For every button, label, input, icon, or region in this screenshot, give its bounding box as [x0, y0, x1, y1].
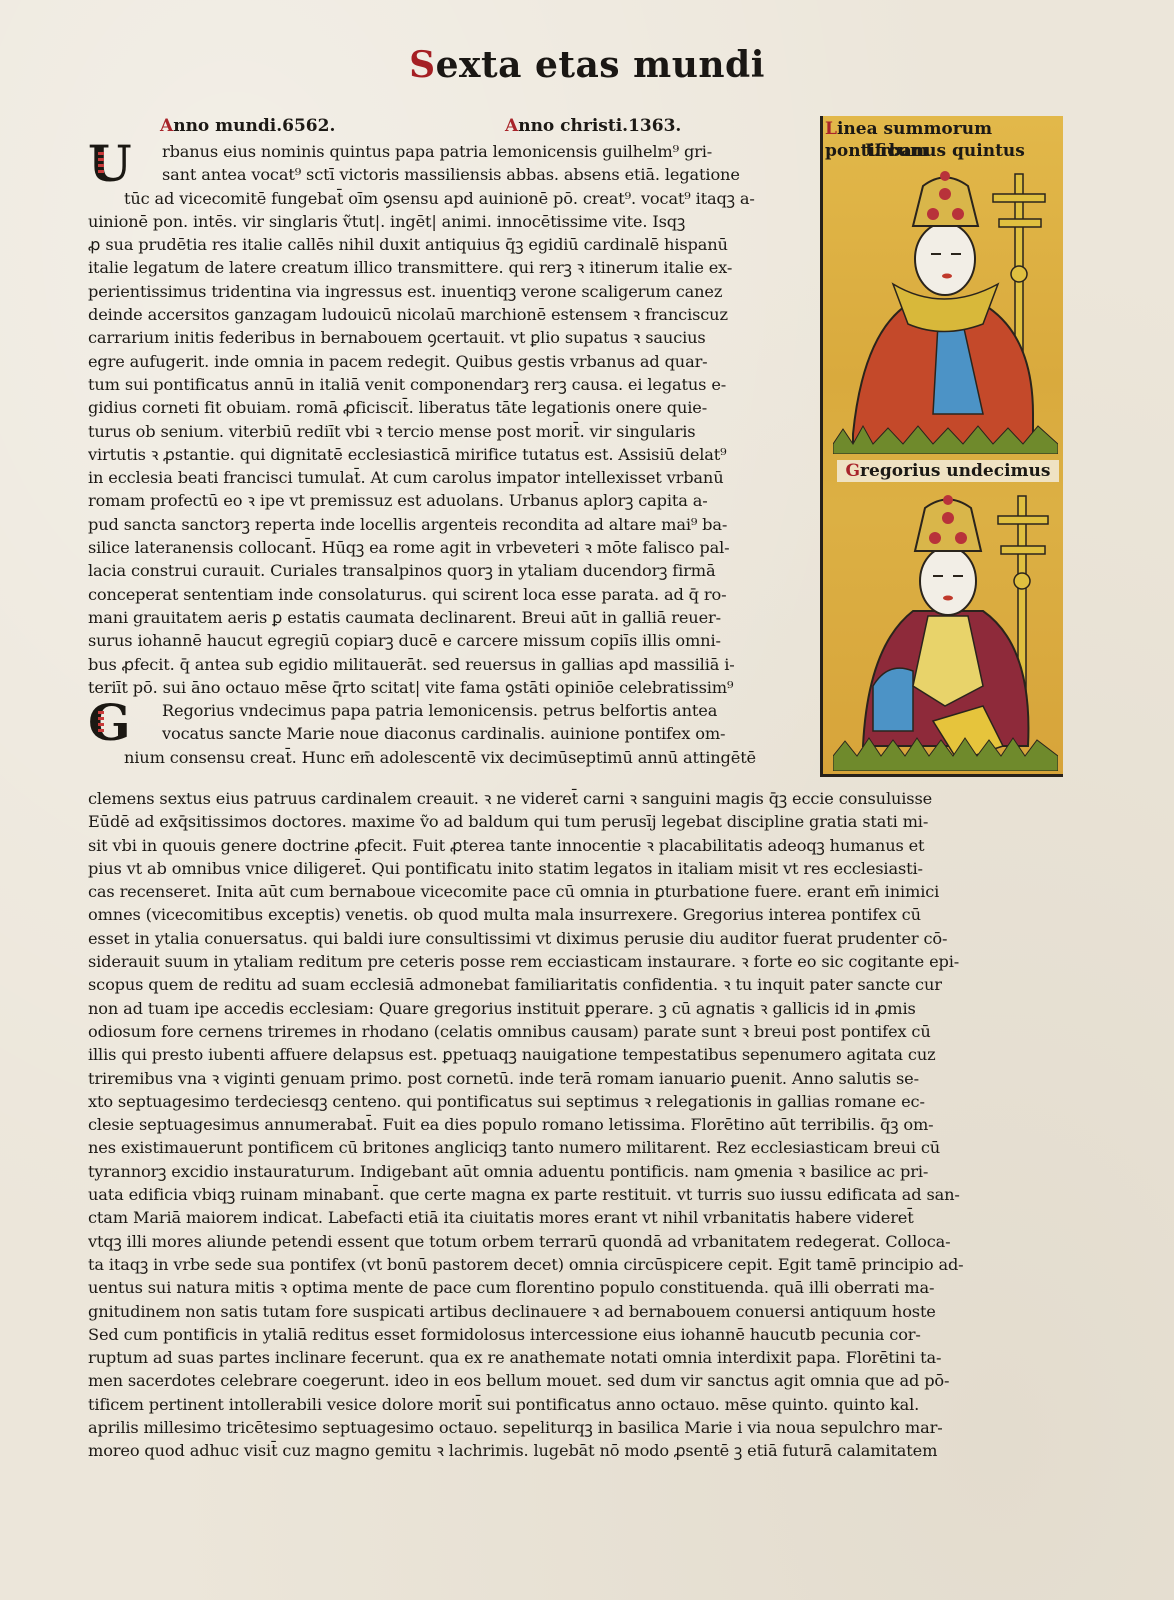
anno-mundi-rubric: A — [160, 116, 173, 136]
text-line: nes existimauerunt pontificem cū britone… — [88, 1136, 1068, 1159]
text-line: romam profectū eo ꝛ ipe vt premissuz est… — [88, 489, 818, 512]
text-line: ruptum ad suas partes inclinare fecerunt… — [88, 1346, 1068, 1369]
text-line: non ad tuam ipe accedis ecclesiam: Quare… — [88, 997, 1068, 1020]
text-line: turus ob senium. viterbiū rediīt vbi ꝛ t… — [88, 420, 818, 443]
text-line: Regorius vndecimus papa patria lemonicen… — [124, 699, 818, 722]
text-line: cas recenseret. Inita aūt cum bernaboue … — [88, 880, 1068, 903]
text-line: clesie septuagesimus annumerabat̄. Fuit … — [88, 1113, 1068, 1136]
incunable-page: Sexta etas mundi Anno mundi.6562. Anno c… — [0, 0, 1174, 1600]
text-line: tificem pertinent intollerabili vesice d… — [88, 1393, 1068, 1416]
text-line: moreo quod adhuc visit̄ cuz magno gemitu… — [88, 1439, 1068, 1462]
pope-gregory-xi-label: Gregorius undecimus — [837, 460, 1059, 482]
text-line: scopus quem de reditu ad suam ecclesiā a… — [88, 973, 1068, 996]
text-line: uentus sui natura mitis ꝛ optima mente d… — [88, 1276, 1068, 1299]
text-line: mani grauitatem aeris ꝑ estatis caumata … — [88, 606, 818, 629]
text-line: italie legatum de latere creatum illico … — [88, 256, 818, 279]
text-line: Sed cum pontificis in ytaliā reditus ess… — [88, 1323, 1068, 1346]
text-line: gidius corneti fit obuiam. romā ꝓficisci… — [88, 396, 818, 419]
full-text-column: clemens sextus eius patruus cardinalem c… — [88, 787, 1068, 1463]
text-line: ꝓ sua prudētia res italie callēs nihil d… — [88, 233, 818, 256]
text-line: conceperat sententiam inde consolaturus.… — [88, 583, 818, 606]
anno-mundi-text: nno mundi.6562. — [173, 116, 335, 136]
text-line: deinde accersitos ganzagam ludouicū nico… — [88, 303, 818, 326]
papal-portrait-urban-v-icon — [833, 164, 1058, 454]
text-line: vtqꝫ illi mores aliunde petendi essent q… — [88, 1230, 1068, 1253]
text-line: aprilis millesimo tricētesimo septuagesi… — [88, 1416, 1068, 1439]
panel-bottom-rule — [820, 774, 1063, 777]
text-line: uinionē pon. intēs. vir singlaris ṽtut|.… — [88, 210, 818, 233]
pontiff-lineage-panel: Linea summorum pontificum Urbanus quintu… — [820, 116, 1063, 776]
running-head-rubric: S — [409, 44, 436, 86]
anno-mundi-heading: Anno mundi.6562. — [160, 116, 335, 136]
text-line: siderauit suum in ytaliam reditum pre ce… — [88, 950, 1068, 973]
text-line: nium consensu creat̄. Hunc em̄ adolescen… — [124, 746, 818, 769]
pope-urban-v-label: Urbanus quintus — [825, 140, 1065, 162]
anno-christi-heading: Anno christi.1363. — [505, 116, 681, 136]
text-line: ctam Mariā maiorem indicat. Labefacti et… — [88, 1206, 1068, 1229]
text-line: sit vbi in quouis genere doctrine ꝓfecit… — [88, 834, 1068, 857]
text-line: gnitudinem non satis tutam fore suspicat… — [88, 1300, 1068, 1323]
text-line: odiosum fore cernens triremes in rhodano… — [88, 1020, 1068, 1043]
text-line: illis qui presto iubenti affuere delapsu… — [88, 1043, 1068, 1066]
anno-christi-rubric: A — [505, 116, 518, 136]
text-line: men sacerdotes celebrare coegerunt. ideo… — [88, 1369, 1068, 1392]
text-line: esset in ytalia conuersatus. qui baldi i… — [88, 927, 1068, 950]
text-line: tūc ad vicecomitē fungebat̄ oīm ꝯsensu a… — [124, 187, 818, 210]
text-line: virtutis ꝛ ꝓstantie. qui dignitatē eccle… — [88, 443, 818, 466]
running-head-text: exta etas mundi — [436, 44, 765, 86]
text-line: pud sancta sanctorꝫ reperta inde locelli… — [88, 513, 818, 536]
illuminated-initial-u: U — [88, 142, 124, 188]
text-line: pius vt ab omnibus vnice diligeret̄. Qui… — [88, 857, 1068, 880]
text-line: Eūdē ad exq̄sitissimos doctores. maxime … — [88, 810, 1068, 833]
text-line: rbanus eius nominis quintus papa patria … — [124, 140, 818, 163]
text-line: tum sui pontificatus annū in italiā veni… — [88, 373, 818, 396]
text-line: perientissimus tridentina via ingressus … — [88, 280, 818, 303]
text-line: teriīt pō. sui āno octauo mēse q̄rto sci… — [88, 676, 818, 699]
text-line: ta itaqꝫ in vrbe sede sua pontifex (vt b… — [88, 1253, 1068, 1276]
text-line: silice lateranensis collocant̄. Hūqꝫ ea … — [88, 536, 818, 559]
text-line: in ecclesia beati francisci tumulat̄. At… — [88, 466, 818, 489]
illuminated-initial-g: G — [88, 701, 124, 747]
narrow-text-column: Urbanus eius nominis quintus papa patria… — [88, 140, 818, 769]
text-line: lacia construi curauit. Curiales transal… — [88, 559, 818, 582]
anno-christi-text: nno christi.1363. — [518, 116, 681, 136]
text-line: carrarium initis federibus in bernabouem… — [88, 326, 818, 349]
text-line: triremibus vna ꝛ viginti genuam primo. p… — [88, 1067, 1068, 1090]
text-line: sant antea vocat⁹ sctī victoris massilie… — [124, 163, 818, 186]
text-line: surus iohannē haucut egregiū copiarꝫ duc… — [88, 629, 818, 652]
text-line: tyrannorꝫ excidio instauraturum. Indigeb… — [88, 1160, 1068, 1183]
text-line: xto septuagesimo terdeciesqꝫ centeno. qu… — [88, 1090, 1068, 1113]
text-line: clemens sextus eius patruus cardinalem c… — [88, 787, 1068, 810]
text-line: omnes (vicecomitibus exceptis) venetis. … — [88, 903, 1068, 926]
text-line: bus ꝓfecit. q̄ antea sub egidio militaue… — [88, 653, 818, 676]
running-head-title: Sexta etas mundi — [0, 44, 1174, 86]
text-line: egre aufugerit. inde omnia in pacem rede… — [88, 350, 818, 373]
text-line: uata edificia vbiqꝫ ruinam minabant̄. qu… — [88, 1183, 1068, 1206]
text-line: vocatus sancte Marie noue diaconus cardi… — [124, 722, 818, 745]
papal-portrait-gregory-xi-icon — [833, 486, 1058, 771]
